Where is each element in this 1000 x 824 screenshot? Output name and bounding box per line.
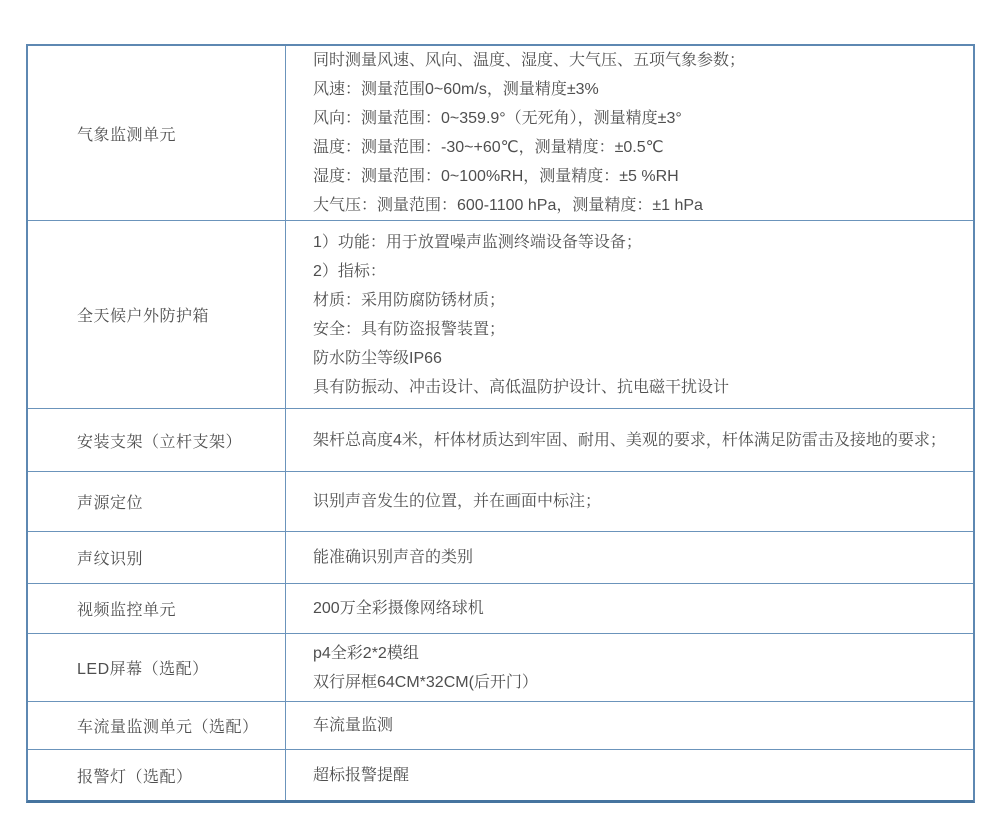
row-label: 报警灯（选配） bbox=[77, 764, 193, 787]
row-label-cell: 视频监控单元 bbox=[28, 584, 286, 633]
row-content-cell: 1）功能：用于放置噪声监测终端设备等设备； 2）指标： 材质：采用防腐防锈材质；… bbox=[286, 221, 973, 408]
spec-line: 风向：测量范围：0~359.9°（无死角），测量精度±3° bbox=[313, 104, 963, 133]
table-row: 气象监测单元 同时测量风速、风向、温度、湿度、大气压、五项气象参数； 风速：测量… bbox=[28, 46, 973, 221]
spec-line: 200万全彩摄像网络球机 bbox=[313, 594, 963, 623]
spec-line: 材质：采用防腐防锈材质； bbox=[313, 286, 963, 315]
row-label: 声纹识别 bbox=[77, 546, 143, 569]
row-label: 车流量监测单元（选配） bbox=[77, 714, 259, 737]
spec-line: 风速：测量范围0~60m/s，测量精度±3% bbox=[313, 75, 963, 104]
spec-line: 1）功能：用于放置噪声监测终端设备等设备； bbox=[313, 228, 963, 257]
row-content-cell: 200万全彩摄像网络球机 bbox=[286, 584, 973, 633]
row-content-cell: 车流量监测 bbox=[286, 702, 973, 749]
table-row: LED屏幕（选配） p4全彩2*2模组 双行屏框64CM*32CM(后开门） bbox=[28, 634, 973, 702]
row-label-cell: 车流量监测单元（选配） bbox=[28, 702, 286, 749]
spec-line: 具有防振动、冲击设计、高低温防护设计、抗电磁干扰设计 bbox=[313, 373, 963, 402]
table-row: 安装支架（立杆支架） 架杆总高度4米，杆体材质达到牢固、耐用、美观的要求，杆体满… bbox=[28, 409, 973, 472]
spec-line: 湿度：测量范围：0~100%RH，测量精度：±5 %RH bbox=[313, 162, 963, 191]
row-label: 气象监测单元 bbox=[77, 122, 176, 145]
row-label: LED屏幕（选配） bbox=[77, 656, 209, 679]
spec-line: 超标报警提醒 bbox=[313, 761, 963, 790]
row-label-cell: 声源定位 bbox=[28, 472, 286, 531]
spec-line: 车流量监测 bbox=[313, 711, 963, 740]
spec-line: 温度：测量范围：-30~+60℃，测量精度：±0.5℃ bbox=[313, 133, 963, 162]
table-row: 声源定位 识别声音发生的位置，并在画面中标注； bbox=[28, 472, 973, 532]
spec-line: 2）指标： bbox=[313, 257, 963, 286]
spec-line: 双行屏框64CM*32CM(后开门） bbox=[313, 668, 963, 697]
spec-line: 识别声音发生的位置，并在画面中标注； bbox=[313, 487, 963, 516]
spec-line: 架杆总高度4米，杆体材质达到牢固、耐用、美观的要求，杆体满足防雷击及接地的要求； bbox=[313, 426, 963, 455]
row-label-cell: 安装支架（立杆支架） bbox=[28, 409, 286, 471]
table-row: 声纹识别 能准确识别声音的类别 bbox=[28, 532, 973, 584]
row-content-cell: 超标报警提醒 bbox=[286, 750, 973, 800]
row-content-cell: p4全彩2*2模组 双行屏框64CM*32CM(后开门） bbox=[286, 634, 973, 701]
row-content-cell: 能准确识别声音的类别 bbox=[286, 532, 973, 583]
row-label-cell: 声纹识别 bbox=[28, 532, 286, 583]
row-label-cell: LED屏幕（选配） bbox=[28, 634, 286, 701]
row-label: 声源定位 bbox=[77, 490, 143, 513]
row-label-cell: 全天候户外防护箱 bbox=[28, 221, 286, 408]
row-content-cell: 同时测量风速、风向、温度、湿度、大气压、五项气象参数； 风速：测量范围0~60m… bbox=[286, 46, 973, 220]
row-label-cell: 报警灯（选配） bbox=[28, 750, 286, 800]
row-content-cell: 架杆总高度4米，杆体材质达到牢固、耐用、美观的要求，杆体满足防雷击及接地的要求； bbox=[286, 409, 973, 471]
table-row: 车流量监测单元（选配） 车流量监测 bbox=[28, 702, 973, 750]
spec-line: p4全彩2*2模组 bbox=[313, 639, 963, 668]
row-label-cell: 气象监测单元 bbox=[28, 46, 286, 220]
row-label: 安装支架（立杆支架） bbox=[77, 429, 242, 452]
spec-line: 防水防尘等级IP66 bbox=[313, 344, 963, 373]
table-row: 全天候户外防护箱 1）功能：用于放置噪声监测终端设备等设备； 2）指标： 材质：… bbox=[28, 221, 973, 409]
spec-table: 气象监测单元 同时测量风速、风向、温度、湿度、大气压、五项气象参数； 风速：测量… bbox=[26, 44, 975, 803]
row-content-cell: 识别声音发生的位置，并在画面中标注； bbox=[286, 472, 973, 531]
table-row: 报警灯（选配） 超标报警提醒 bbox=[28, 750, 973, 800]
row-label: 全天候户外防护箱 bbox=[77, 303, 209, 326]
table-row: 视频监控单元 200万全彩摄像网络球机 bbox=[28, 584, 973, 634]
spec-line: 能准确识别声音的类别 bbox=[313, 543, 963, 572]
row-label: 视频监控单元 bbox=[77, 597, 176, 620]
page: 气象监测单元 同时测量风速、风向、温度、湿度、大气压、五项气象参数； 风速：测量… bbox=[0, 0, 1000, 824]
spec-line: 同时测量风速、风向、温度、湿度、大气压、五项气象参数； bbox=[313, 46, 963, 75]
spec-line: 大气压：测量范围：600-1100 hPa，测量精度：±1 hPa bbox=[313, 191, 963, 220]
spec-line: 安全：具有防盗报警装置； bbox=[313, 315, 963, 344]
